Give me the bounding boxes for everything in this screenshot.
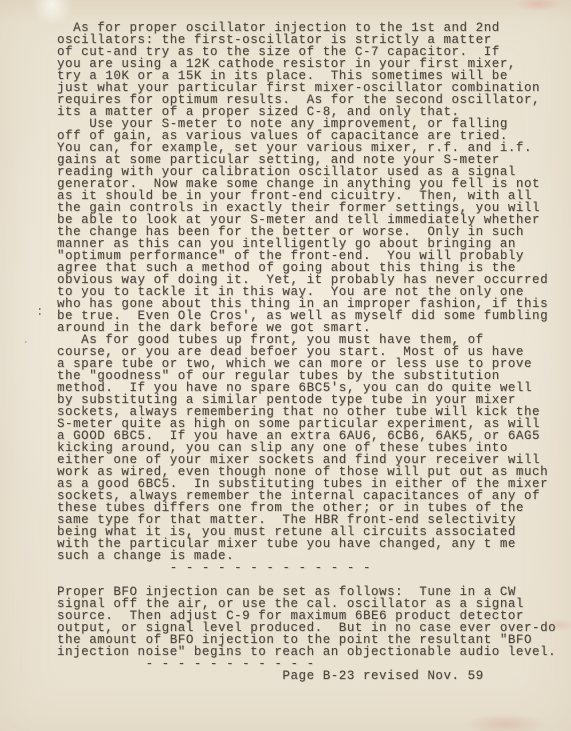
text-block: As for proper oscillator injection to th… bbox=[57, 22, 557, 682]
stray-colon-mark: : bbox=[36, 306, 44, 318]
footer: Page B-23 revised Nov. 59 bbox=[57, 670, 557, 682]
stray-dot-mark: . bbox=[22, 334, 30, 346]
text-line: - - - - - - - - - - - - - bbox=[57, 562, 557, 574]
separator-1: - - - - - - - - - - - - - bbox=[57, 562, 557, 574]
paragraph-3: As for good tubes up front, you must hav… bbox=[57, 334, 557, 562]
paragraph-2: Use your S-meter to note any improvement… bbox=[57, 118, 557, 334]
text-line: Page B-23 revised Nov. 59 bbox=[57, 670, 557, 682]
paragraph-4: Proper BFO injection can be set as follo… bbox=[57, 586, 557, 658]
paragraph-1: As for proper oscillator injection to th… bbox=[57, 22, 557, 118]
scanned-page: As for proper oscillator injection to th… bbox=[0, 0, 571, 731]
